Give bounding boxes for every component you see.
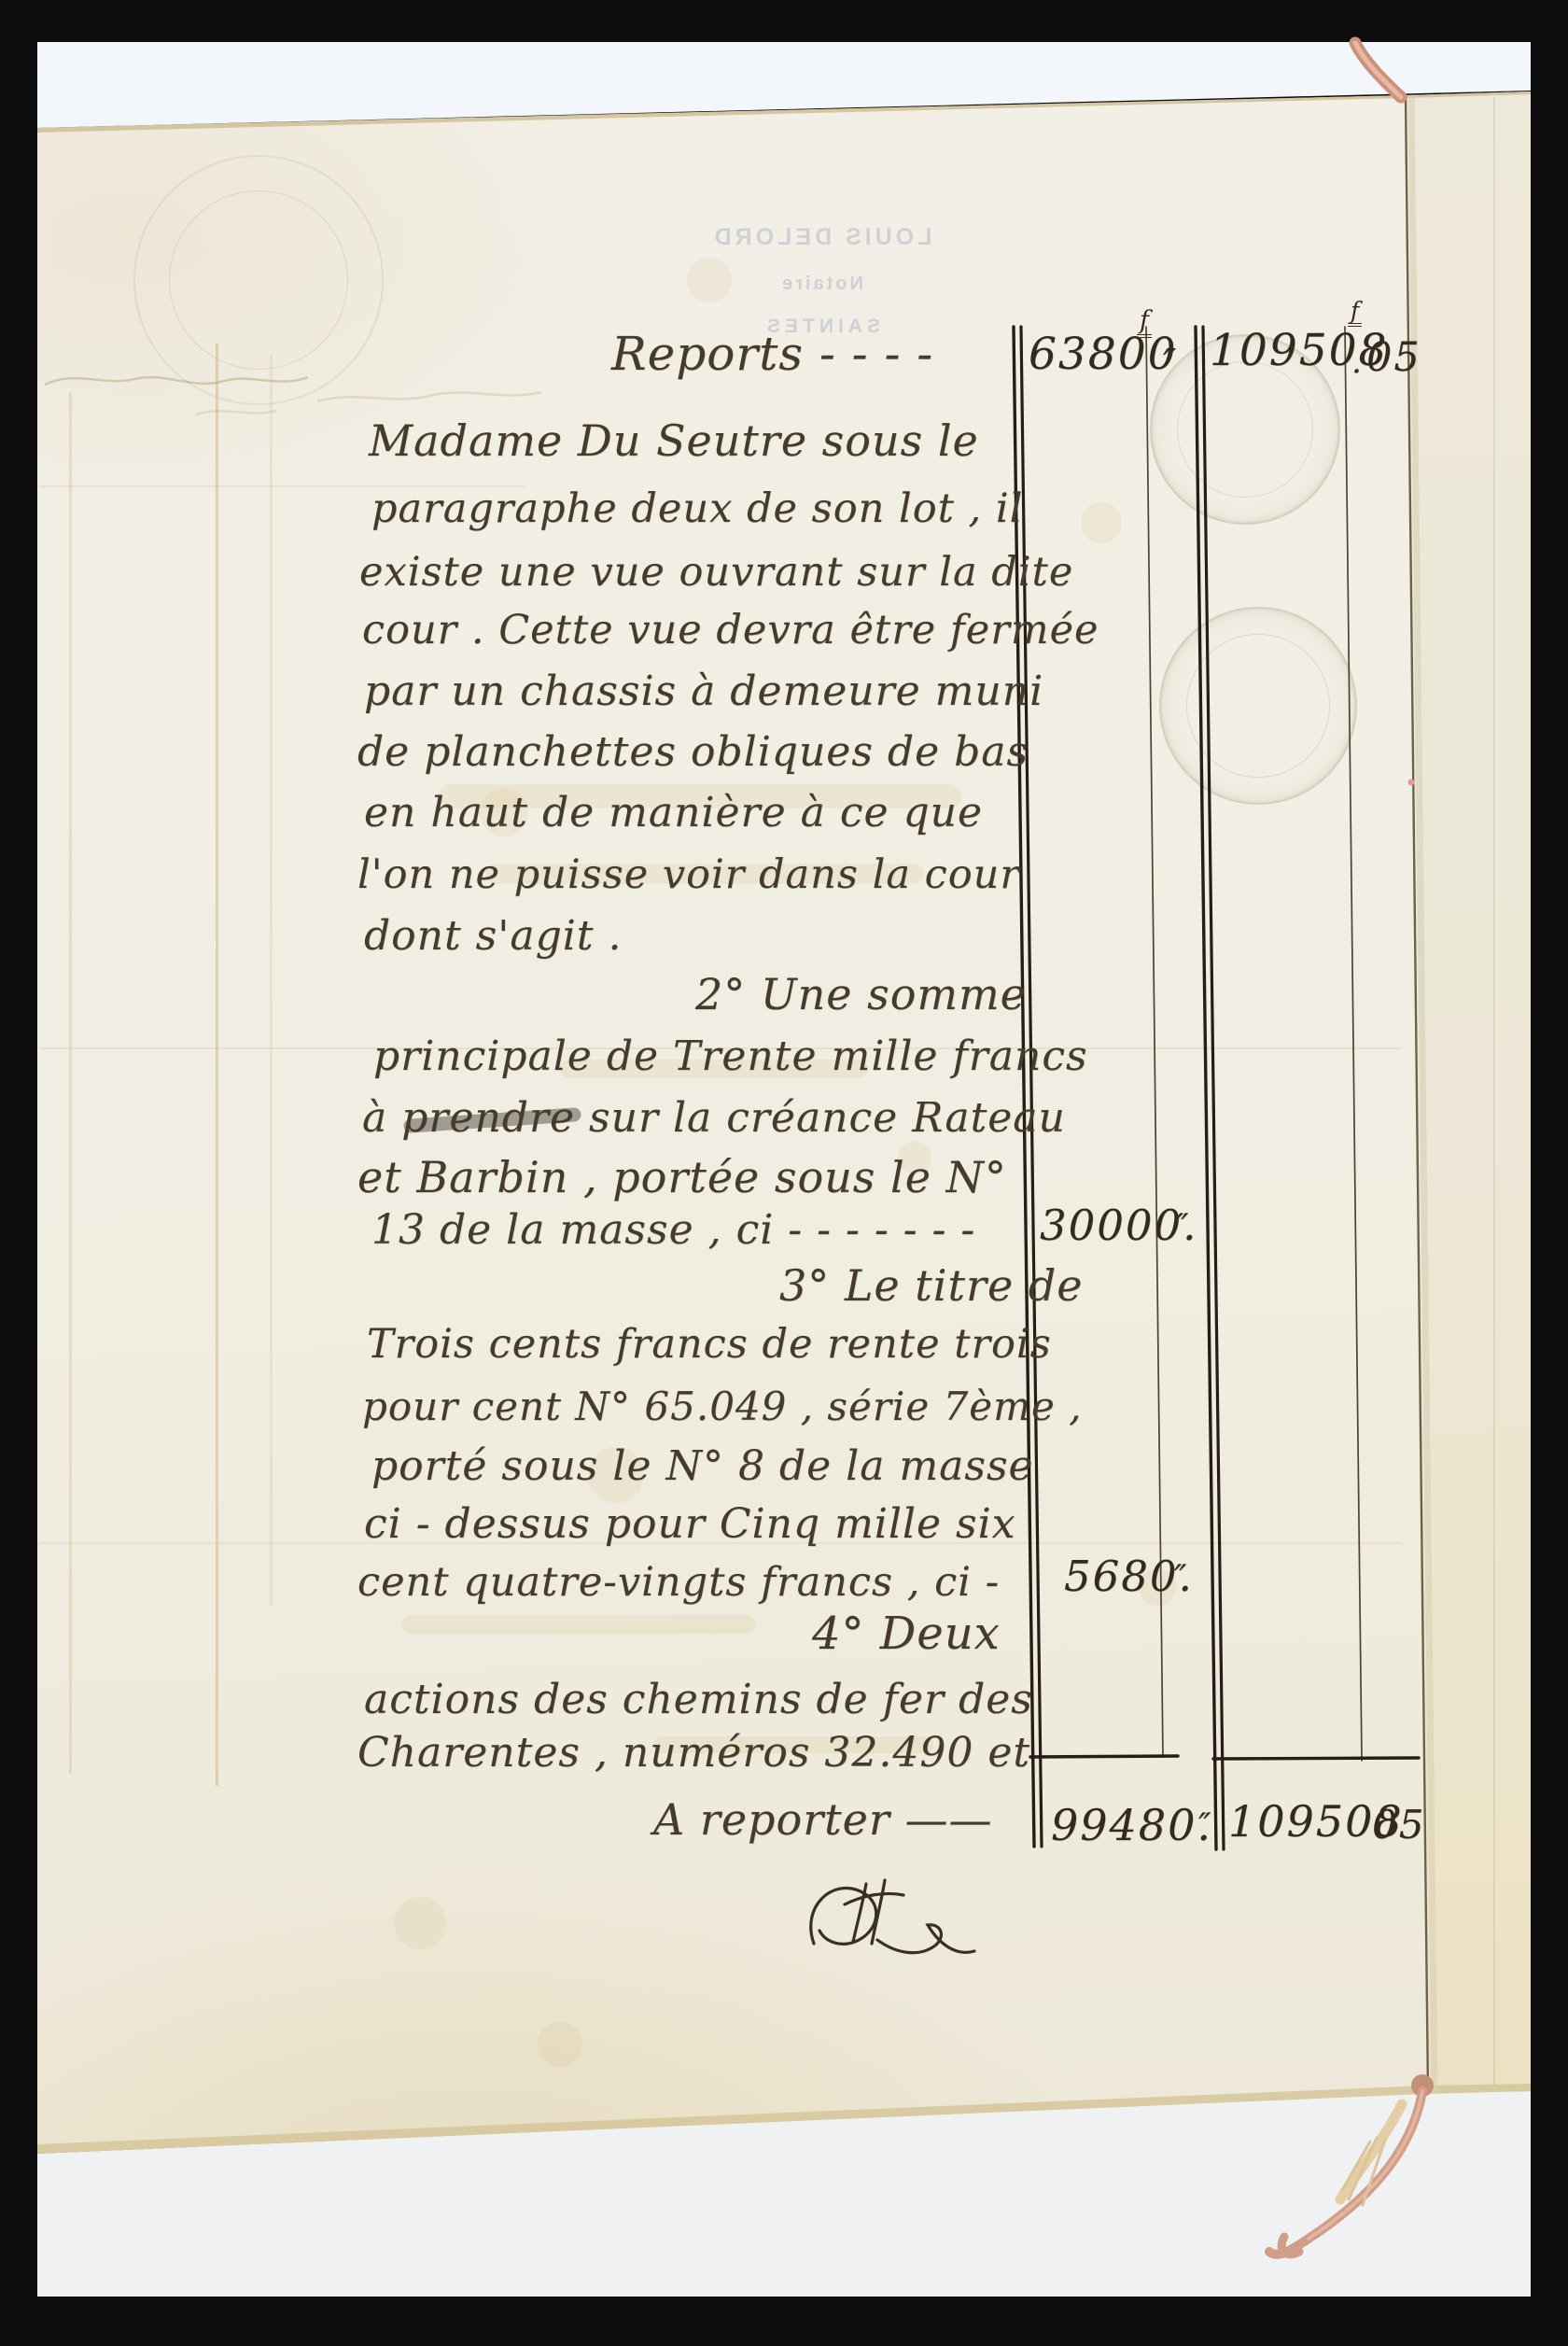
manuscript-line: cent quatre-vingts francs , ci -: [357, 1559, 1000, 1606]
manuscript-line: 2° Une somme: [695, 969, 1027, 1019]
scanned-document-page: LOUIS DELORD Notaire SAINTES: [0, 0, 1568, 2346]
manuscript-line: 4° Deux: [812, 1608, 1001, 1660]
carry-francs: 99480.: [1051, 1800, 1212, 1850]
manuscript-line: principale de Trente mille francs: [373, 1033, 1088, 1080]
manuscript-line: Madame Du Seutre sous le: [369, 415, 979, 466]
entry-amount: 30000.: [1040, 1201, 1197, 1250]
manuscript-line: à prendre sur la créance Rateau: [362, 1094, 1066, 1142]
manuscript-line: 13 de la masse , ci - - - - - - -: [371, 1206, 975, 1254]
manuscript-line: actions des chemins de fer des: [364, 1676, 1033, 1723]
manuscript-line: dont s'agit .: [364, 912, 622, 960]
embossed-seal: [1159, 607, 1357, 805]
manuscript-line: l'on ne puisse voir dans la cour: [357, 851, 1020, 898]
bleed-ruled-line: [216, 344, 218, 1786]
entry-ditto: ″: [1176, 1208, 1190, 1246]
reports-cents: 05: [1366, 334, 1421, 381]
bleed-ruled-line: [270, 355, 273, 1606]
entry-ditto: ″: [1174, 1559, 1188, 1597]
manuscript-line: existe une vue ouvrant sur la dite: [359, 549, 1073, 596]
bleed-ruled-line: [69, 392, 72, 1774]
carry-label: A reporter ——: [653, 1794, 993, 1845]
manuscript-line: pour cent N° 65.049 , série 7ème ,: [362, 1384, 1083, 1429]
carry-cents: 05: [1372, 1802, 1425, 1847]
manuscript-line: paragraphe deux de son lot , il: [371, 485, 1023, 532]
manuscript-line: cour . Cette vue devra être fermée: [362, 607, 1099, 653]
bleed-through-stamp: LOUIS DELORD Notaire SAINTES: [681, 224, 961, 338]
bleed-stamp-line: LOUIS DELORD: [681, 224, 961, 251]
ledger-column-rules: [1014, 327, 1419, 1849]
manuscript-line: par un chassis à demeure muni: [364, 667, 1043, 715]
manuscript-line: Trois cents francs de rente trois: [367, 1321, 1052, 1368]
manuscript-sheet: LOUIS DELORD Notaire SAINTES: [0, 0, 1568, 2346]
manuscript-line: 3° Le titre de: [779, 1260, 1083, 1311]
franc-symbol: f: [1137, 308, 1152, 338]
reports-francs: 63800: [1029, 329, 1178, 380]
crease: [1493, 97, 1495, 2086]
embossed-seal: [133, 155, 384, 405]
manuscript-line: Charentes , numéros 32.490 et: [357, 1729, 1030, 1777]
carry-ditto: ″: [1198, 1807, 1212, 1846]
reports-ditto: ″: [1163, 342, 1178, 383]
reports-dot: .: [1351, 344, 1364, 381]
notary-paraph: [811, 1880, 974, 1953]
manuscript-line: et Barbin , portée sous le N°: [357, 1152, 1007, 1202]
franc-symbol: f: [1348, 299, 1362, 327]
manuscript-line: porté sous le N° 8 de la masse: [371, 1442, 1034, 1490]
manuscript-line: de planchettes obliques de bas: [357, 728, 1029, 776]
reports-label: Reports - - - -: [611, 327, 933, 381]
manuscript-line: ci - dessus pour Cinq mille six: [364, 1500, 1016, 1548]
manuscript-line: en haut de manière à ce que: [364, 789, 983, 836]
bleed-stamp-line: Notaire: [681, 274, 961, 295]
